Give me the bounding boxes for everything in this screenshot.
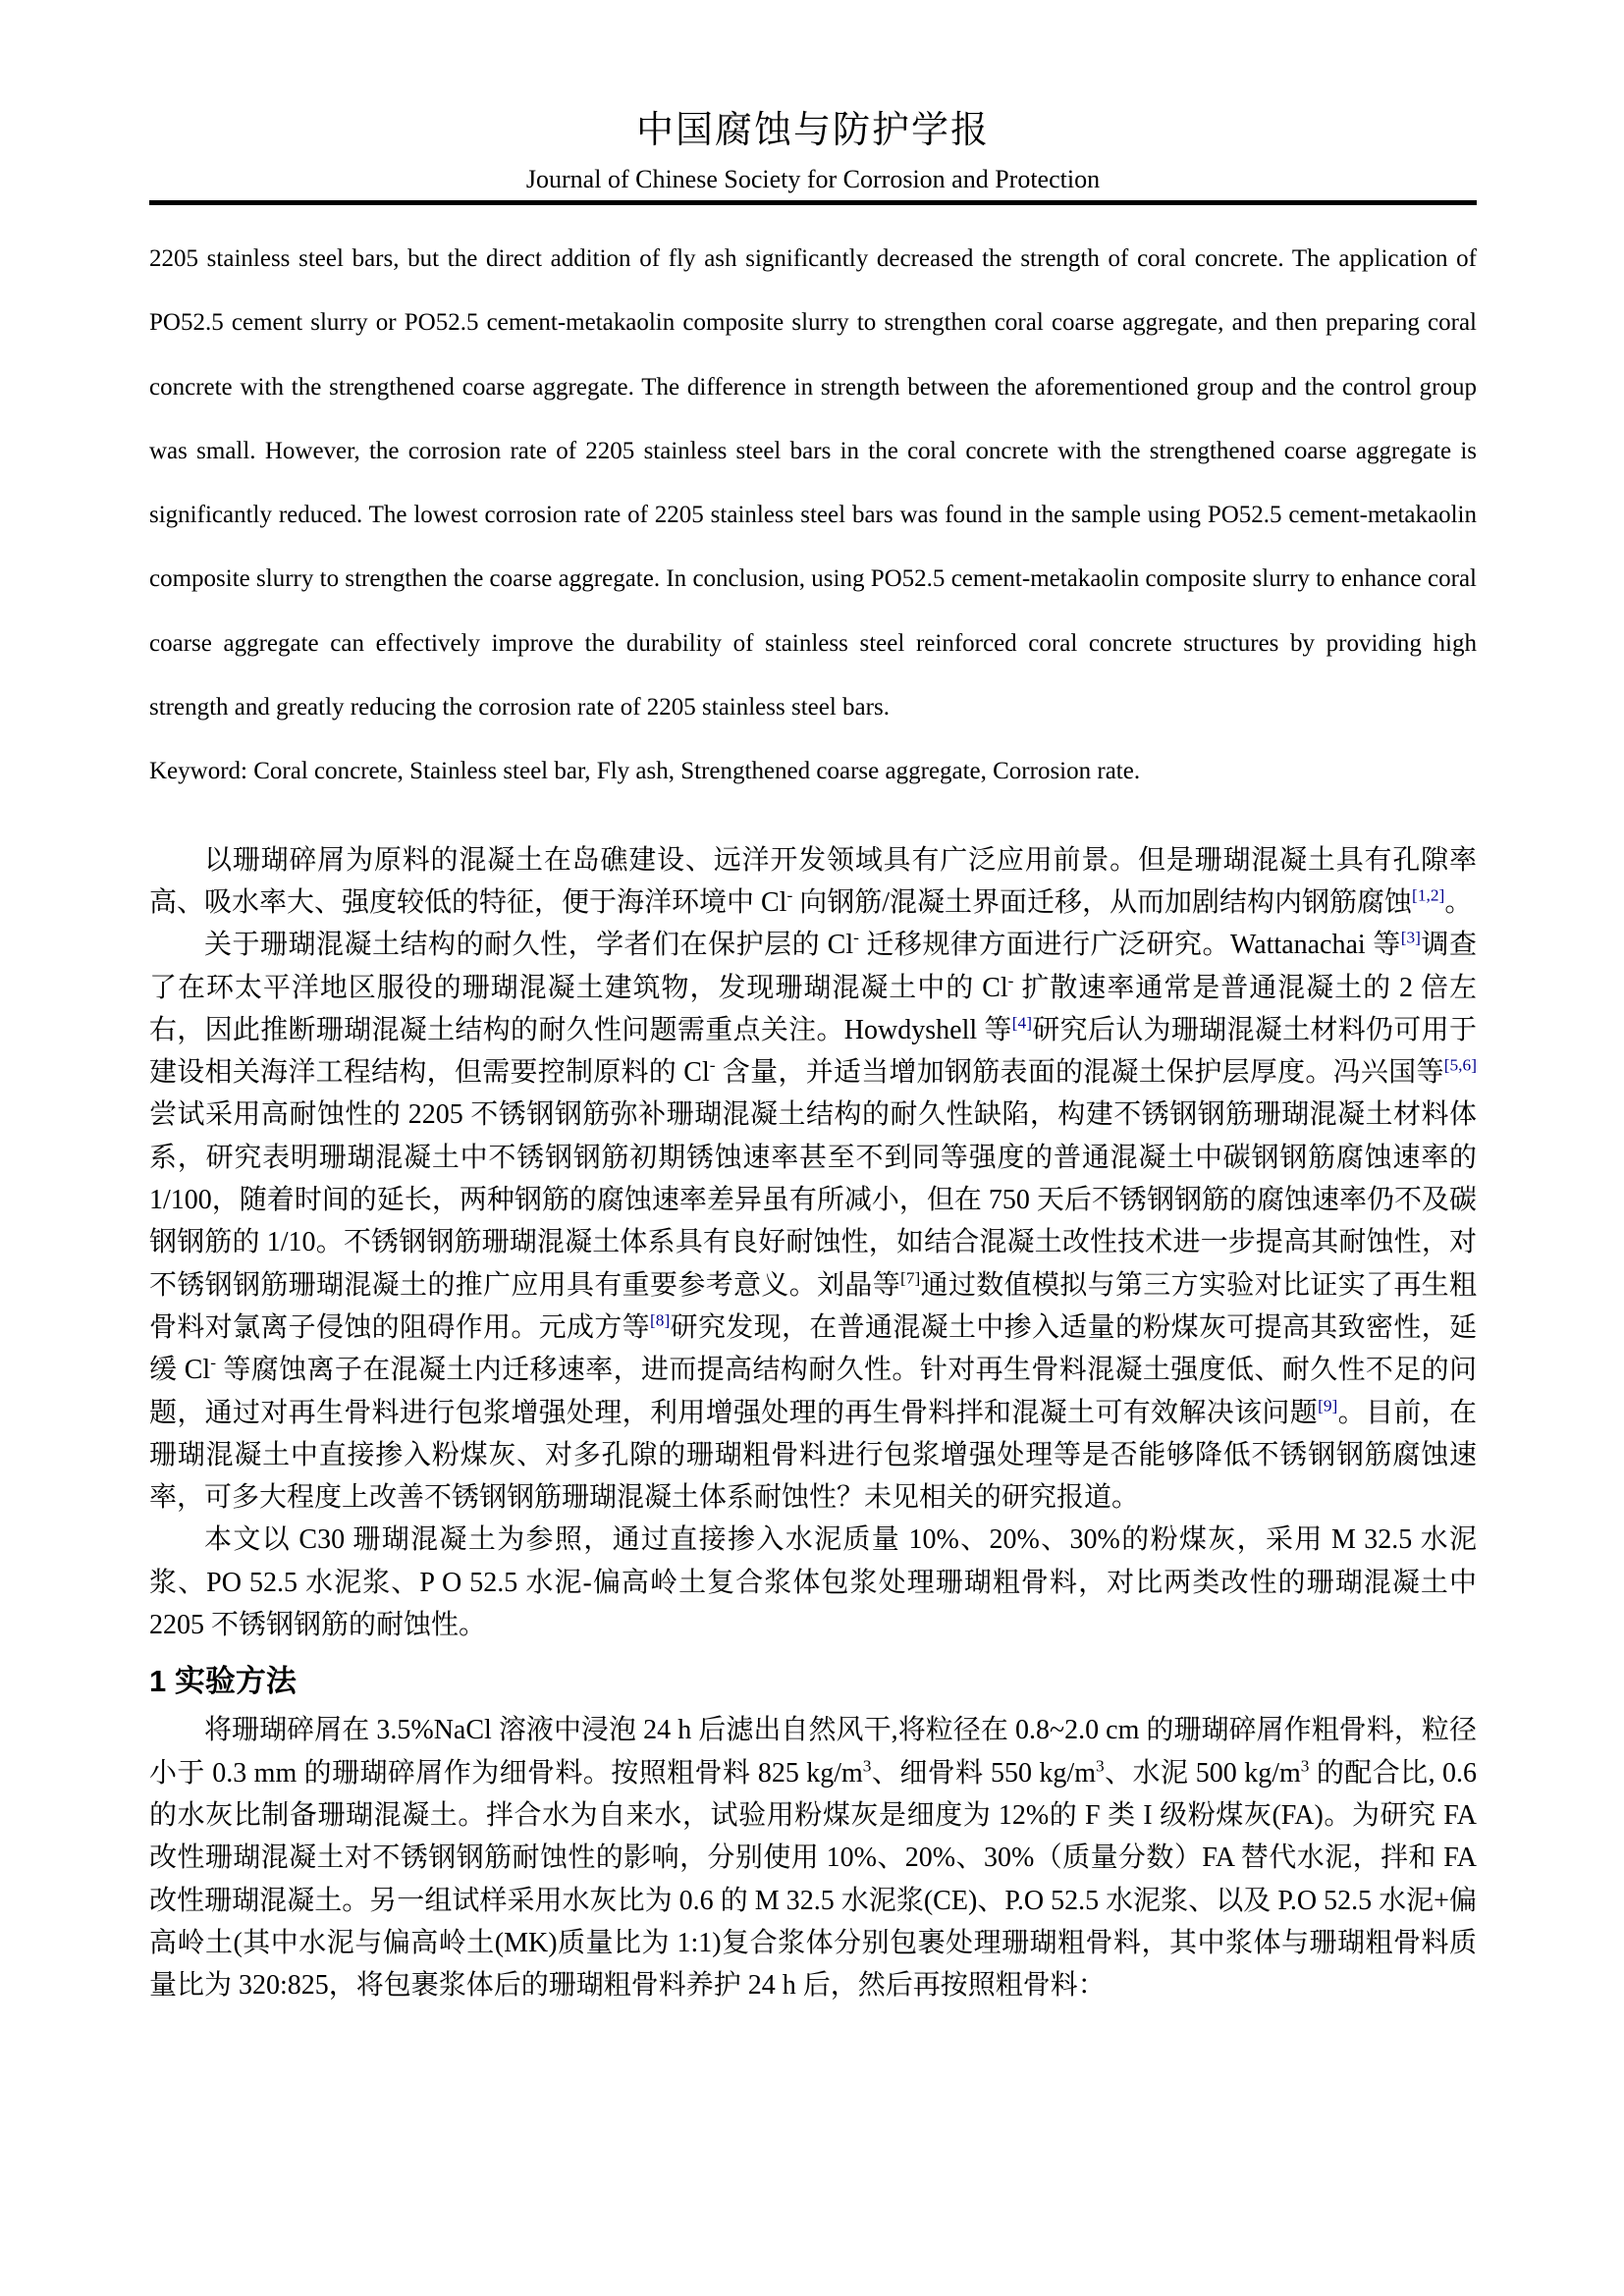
citation-marker: [8] xyxy=(650,1311,670,1330)
superscript: [7] xyxy=(900,1268,920,1287)
text-run: 、水泥 500 kg/m xyxy=(1105,1758,1301,1789)
methods-paragraph: 将珊瑚碎屑在 3.5%NaCl 溶液中浸泡 24 h 后滤出自然风干,将粒径在 … xyxy=(149,1709,1477,2006)
text-run: 含量，并适当增加钢筋表面的混凝土保护层厚度。冯兴国等 xyxy=(716,1057,1444,1088)
citation-marker: [3] xyxy=(1401,929,1421,947)
intro-paragraph-3: 本文以 C30 珊瑚混凝土为参照，通过直接掺入水泥质量 10%、20%、30%的… xyxy=(149,1519,1477,1646)
keywords-line: Keyword: Coral concrete, Stainless steel… xyxy=(149,739,1477,803)
journal-header: 中国腐蚀与防护学报 Journal of Chinese Society for… xyxy=(149,108,1477,194)
methods-section-heading: 1 实验方法 xyxy=(149,1662,1477,1701)
intro-paragraph-1: 以珊瑚碎屑为原料的混凝土在岛礁建设、远洋开发领域具有广泛应用前景。但是珊瑚混凝土… xyxy=(149,839,1477,925)
abstract-block: 2205 stainless steel bars, but the direc… xyxy=(149,227,1477,804)
abstract-paragraph: 2205 stainless steel bars, but the direc… xyxy=(149,227,1477,739)
citation-marker: [4] xyxy=(1012,1014,1032,1033)
citation-marker: [1,2] xyxy=(1412,886,1444,905)
citation-marker: [5,6] xyxy=(1444,1056,1477,1075)
paper-page: 中国腐蚀与防护学报 Journal of Chinese Society for… xyxy=(0,0,1624,2296)
text-run: 迁移规律方面进行广泛研究。Wattanachai 等 xyxy=(859,930,1401,960)
text-run: 本文以 C30 珊瑚混凝土为参照，通过直接掺入水泥质量 10%、20%、30%的… xyxy=(149,1524,1477,1640)
text-run: 。 xyxy=(1444,887,1472,918)
header-divider xyxy=(149,200,1477,205)
text-run: 、细骨料 550 kg/m xyxy=(871,1758,1096,1789)
text-run: 等腐蚀离子在混凝土内迁移速率，进而提高结构耐久性。针对再生骨料混凝土强度低、耐久… xyxy=(149,1355,1477,1427)
journal-title-chinese: 中国腐蚀与防护学报 xyxy=(149,108,1477,153)
journal-title-english: Journal of Chinese Society for Corrosion… xyxy=(149,165,1477,194)
text-run: 的配合比, 0.6 的水灰比制备珊瑚混凝土。拌合水为自来水，试验用粉煤灰是细度为… xyxy=(149,1758,1477,2001)
introduction-section: 以珊瑚碎屑为原料的混凝土在岛礁建设、远洋开发领域具有广泛应用前景。但是珊瑚混凝土… xyxy=(149,839,1477,2007)
text-run: 关于珊瑚混凝土结构的耐久性，学者们在保护层的 Cl xyxy=(204,930,853,960)
text-run: 向钢筋/混凝土界面迁移，从而加剧结构内钢筋腐蚀 xyxy=(792,887,1412,918)
superscript: 3 xyxy=(1096,1756,1105,1775)
intro-paragraph-2: 关于珊瑚混凝土结构的耐久性，学者们在保护层的 Cl- 迁移规律方面进行广泛研究。… xyxy=(149,924,1477,1519)
citation-marker: [9] xyxy=(1318,1396,1337,1415)
